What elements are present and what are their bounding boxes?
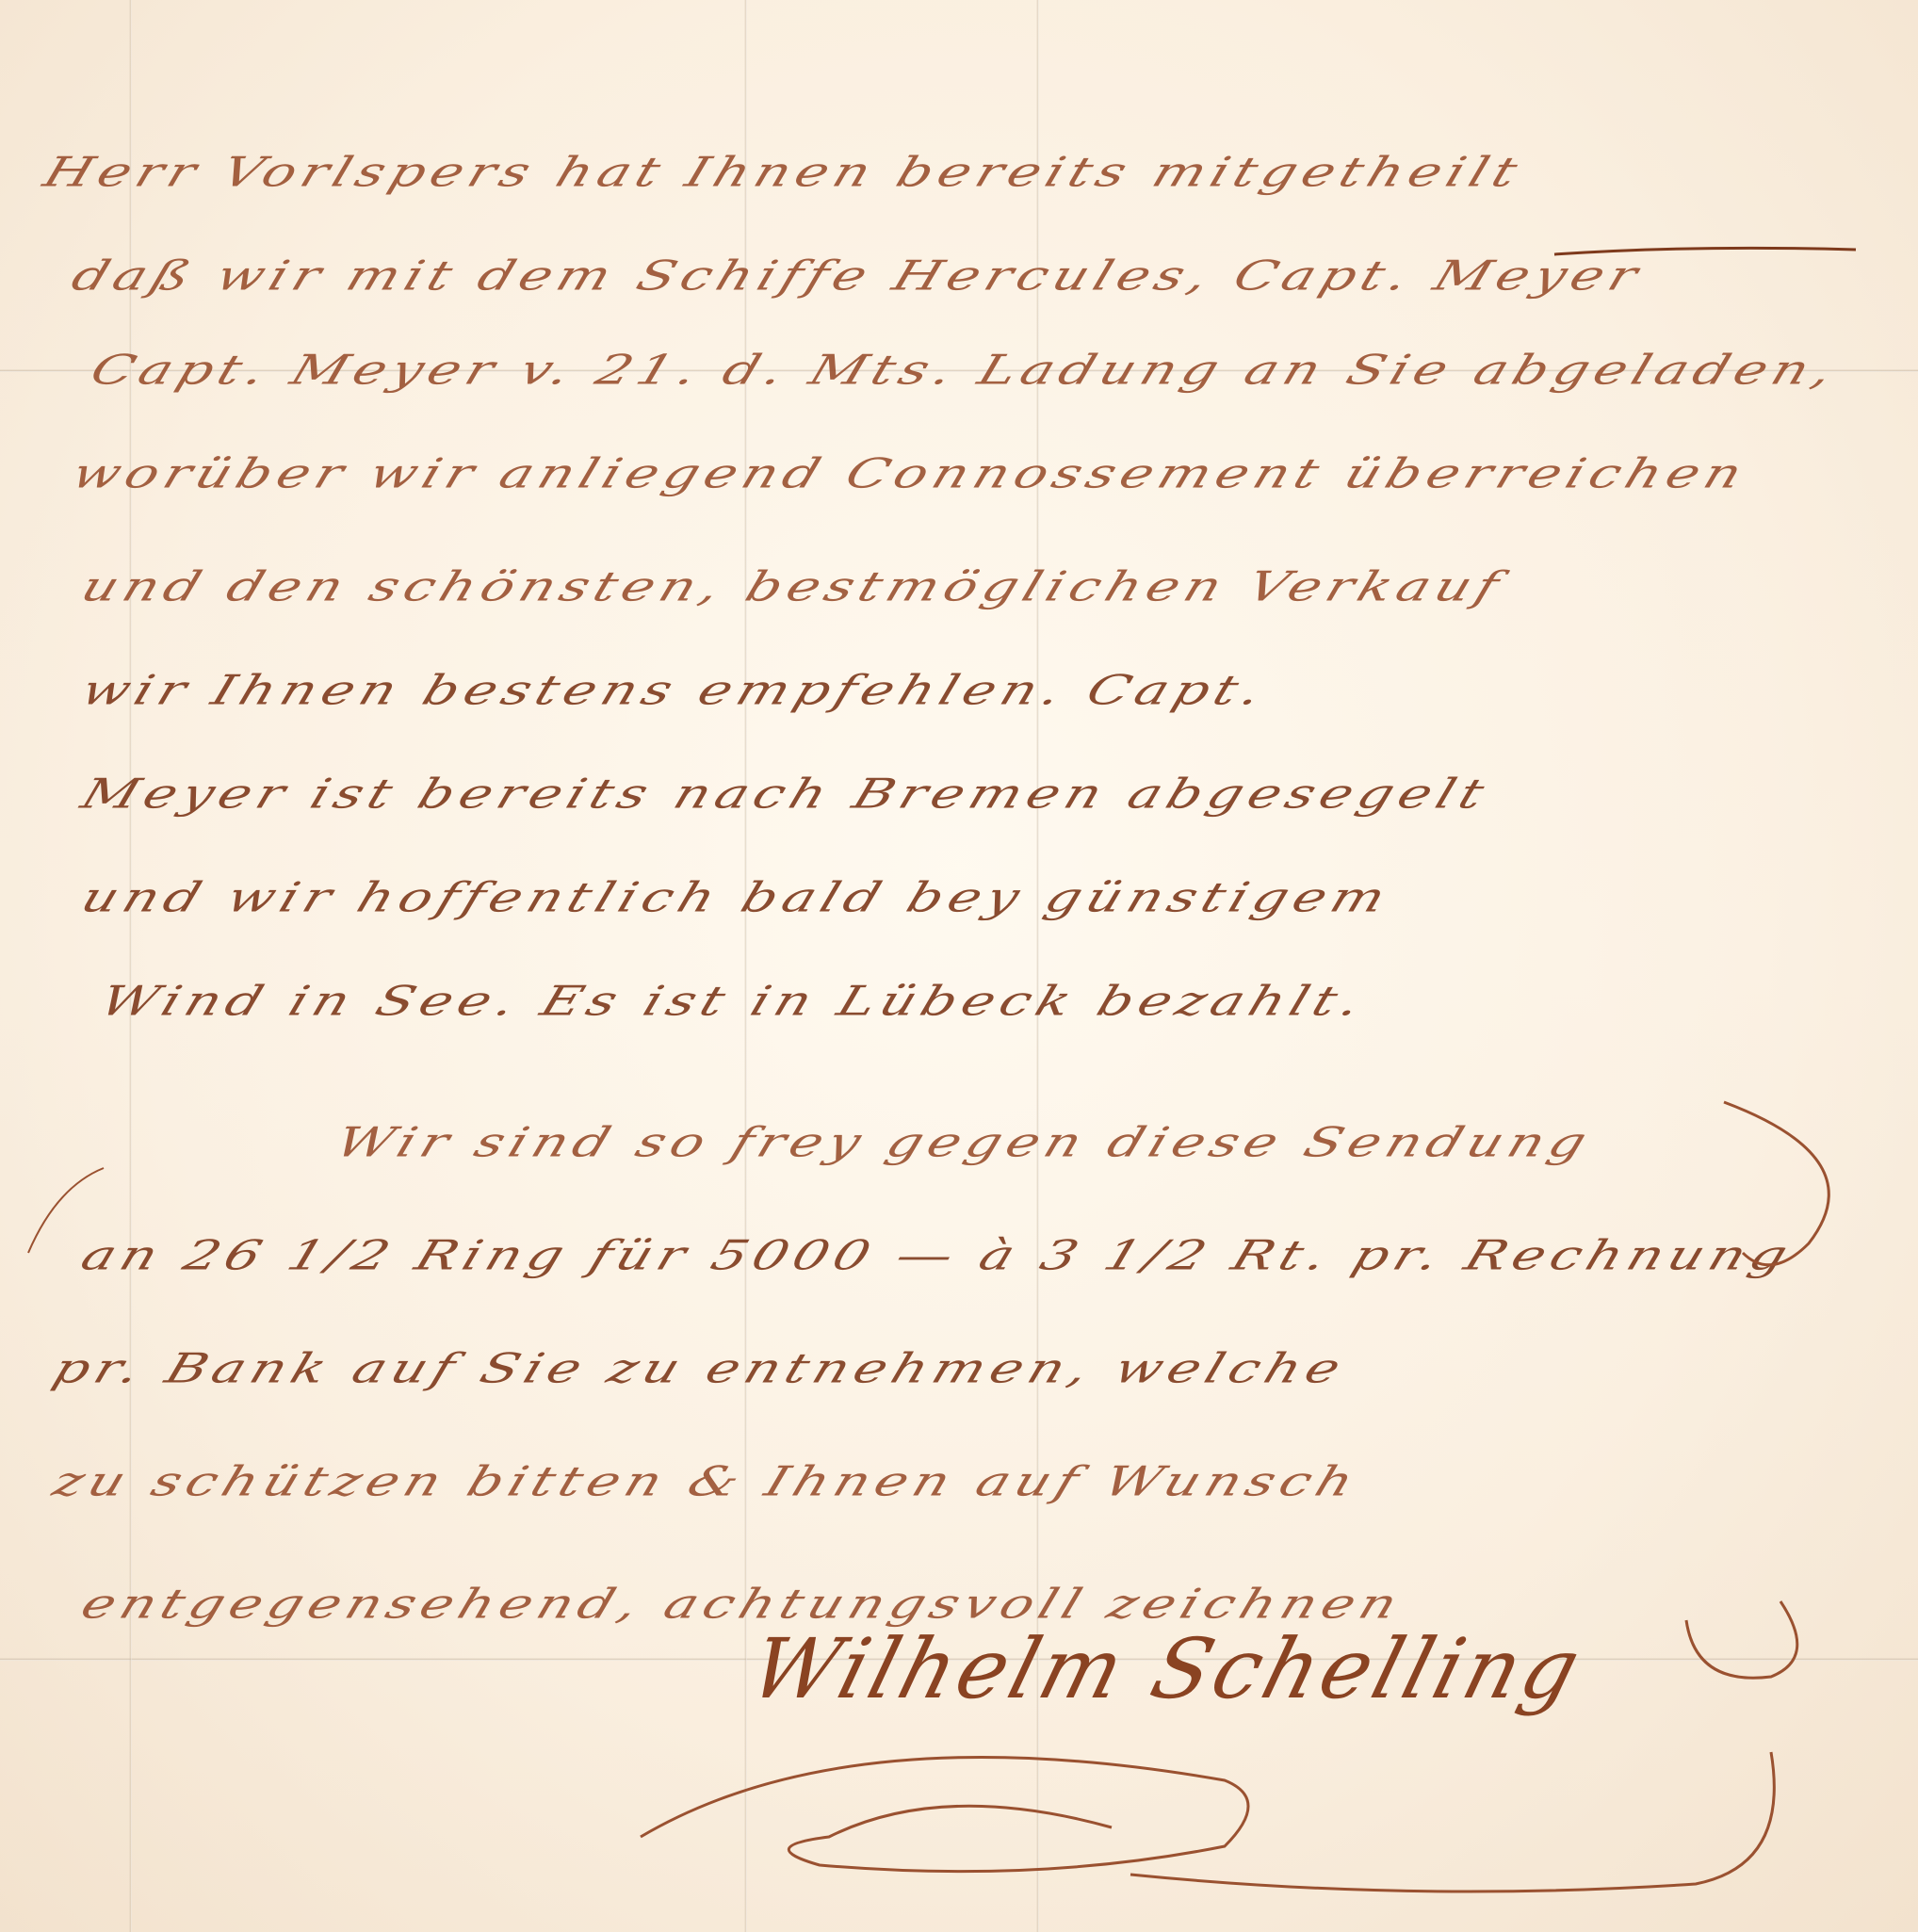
signature-flourish bbox=[0, 0, 1918, 1932]
